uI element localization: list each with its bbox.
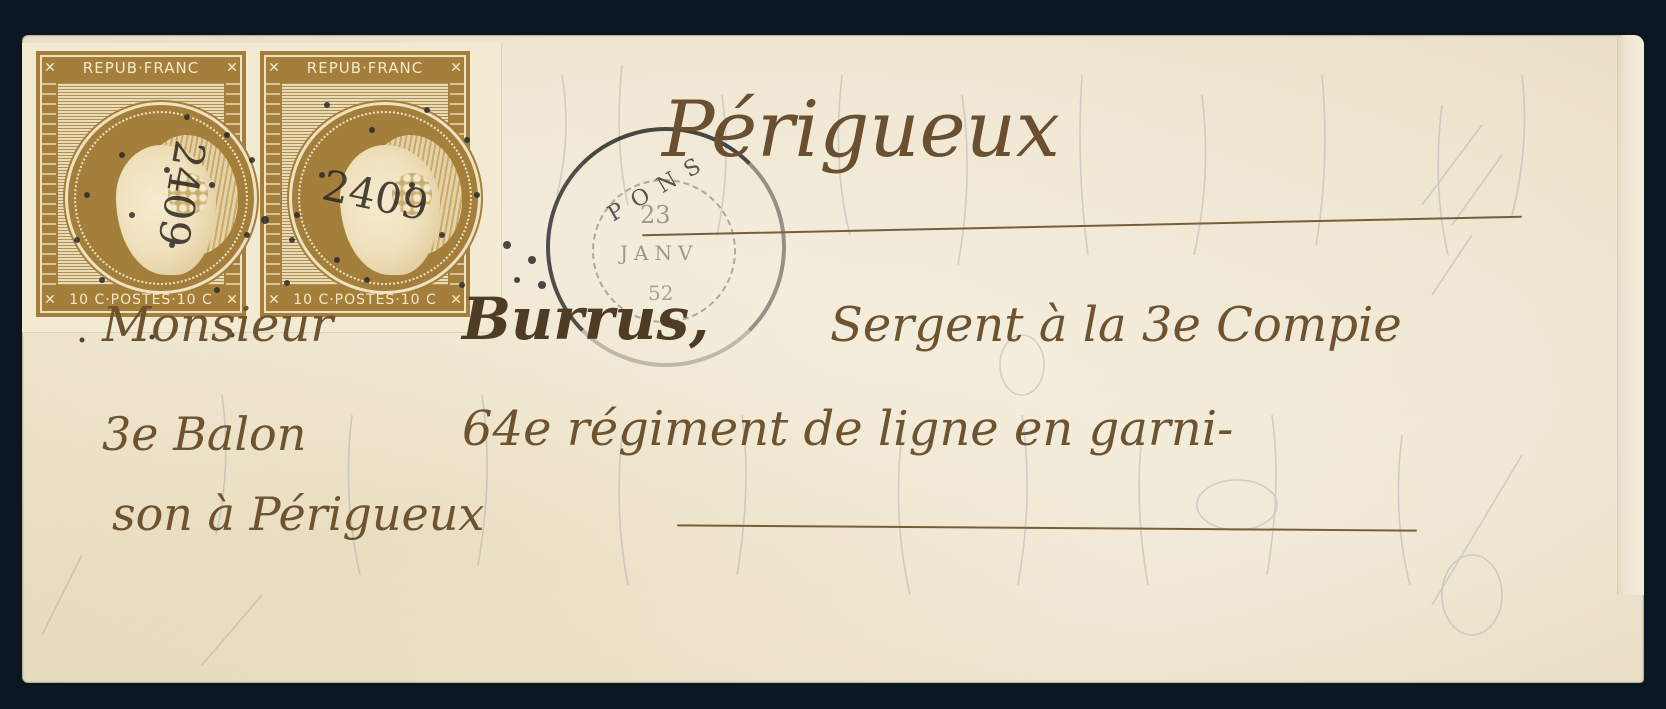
corner-cross-icon: ✕ [448,57,464,79]
corner-cross-icon: ✕ [224,57,240,79]
stamp-top-label: REPUB·FRANC [56,57,226,79]
postmark-day: 23 [640,201,671,229]
address-garrison: son à Périgueux [112,487,484,541]
address-rank: Sergent à la 3e Compie [830,297,1402,353]
stamp-ceres-10c-left: ✕ ✕ ✕ ✕ REPUB·FRANC 10 C·POSTES·10 C 240… [36,51,246,317]
address-salutation: Monsieur [102,297,333,353]
stamp-pair: ✕ ✕ ✕ ✕ REPUB·FRANC 10 C·POSTES·10 C 240… [22,43,502,333]
address-town: Périgueux [662,85,1060,175]
greek-key-border [42,83,56,285]
address-regiment: 64e régiment de ligne en garni- [462,401,1233,457]
postmark-month: JANV [620,241,698,265]
stamp-top-label: REPUB·FRANC [280,57,450,79]
stamp-ceres-10c-right: ✕ ✕ ✕ ✕ REPUB·FRANC 10 C·POSTES·10 C 240… [260,51,470,317]
postal-cover: ✕ ✕ ✕ ✕ REPUB·FRANC 10 C·POSTES·10 C 240… [22,35,1644,683]
address-battalion: 3e Balon [102,407,306,461]
greek-key-border [266,83,280,285]
address-surname: Burrus, [462,285,709,353]
